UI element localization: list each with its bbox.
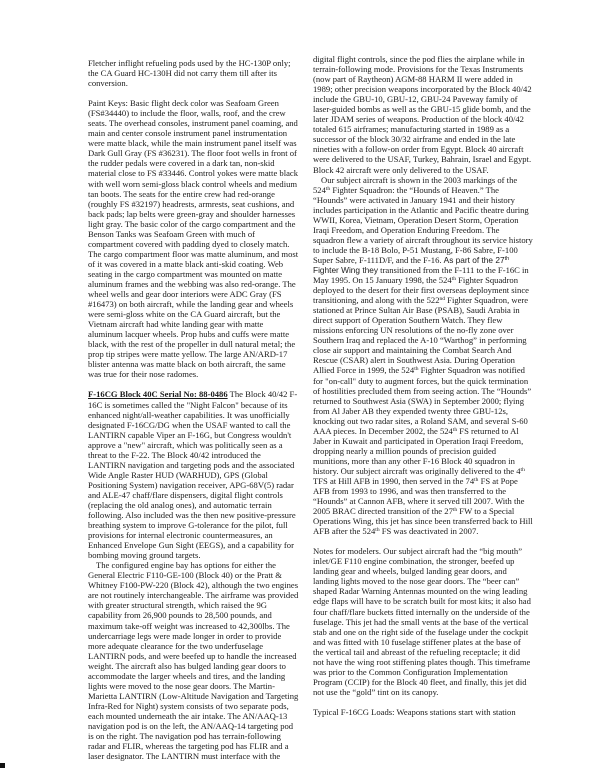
text-run: FS was deactivated in 2007. xyxy=(380,526,479,536)
paragraph-f16-intro: F-16CG Block 40C Serial No: 88-0486 The … xyxy=(88,389,300,560)
paragraph-f16-intro-text: The Block 40/42 F-16C is sometimes calle… xyxy=(88,389,297,560)
right-column: digital flight controls, since the pod f… xyxy=(313,54,533,717)
text-run: Fighter Squadron: the “Hounds of Heaven.… xyxy=(313,185,533,265)
scan-corner-mark xyxy=(0,763,5,768)
text-run: Fighter Squadron, were stationed at Prin… xyxy=(313,295,528,375)
text-run: TFS at Hill AFB in 1990, then served in … xyxy=(313,476,474,486)
section-heading-f16cg: F-16CG Block 40C Serial No: 88-0486 xyxy=(88,389,228,399)
paragraph-paint-keys: Paint Keys: Basic flight deck color was … xyxy=(88,98,300,379)
left-column: Fletcher inflight refueling pods used by… xyxy=(88,58,300,761)
text-run: Fighter Wing they xyxy=(313,265,378,275)
paragraph-refueling-pods: Fletcher inflight refueling pods used by… xyxy=(88,58,300,88)
paragraph-digital-flight-controls: digital flight controls, since the pod f… xyxy=(313,54,533,175)
text-run: As part of the 27 xyxy=(444,255,505,265)
document-page: Fletcher inflight refueling pods used by… xyxy=(0,0,590,768)
paragraph-engine-bay: The configured engine bay has options fo… xyxy=(88,560,300,761)
paragraph-subject-aircraft: Our subject aircraft is shown in the 200… xyxy=(313,175,533,537)
ordinal-suffix: th xyxy=(505,256,510,262)
paragraph-typical-loads: Typical F-16CG Loads: Weapons stations s… xyxy=(313,707,533,717)
ordinal-suffix: th xyxy=(521,467,525,473)
paragraph-notes-for-modelers: Notes for modelers. Our subject aircraft… xyxy=(313,546,533,697)
